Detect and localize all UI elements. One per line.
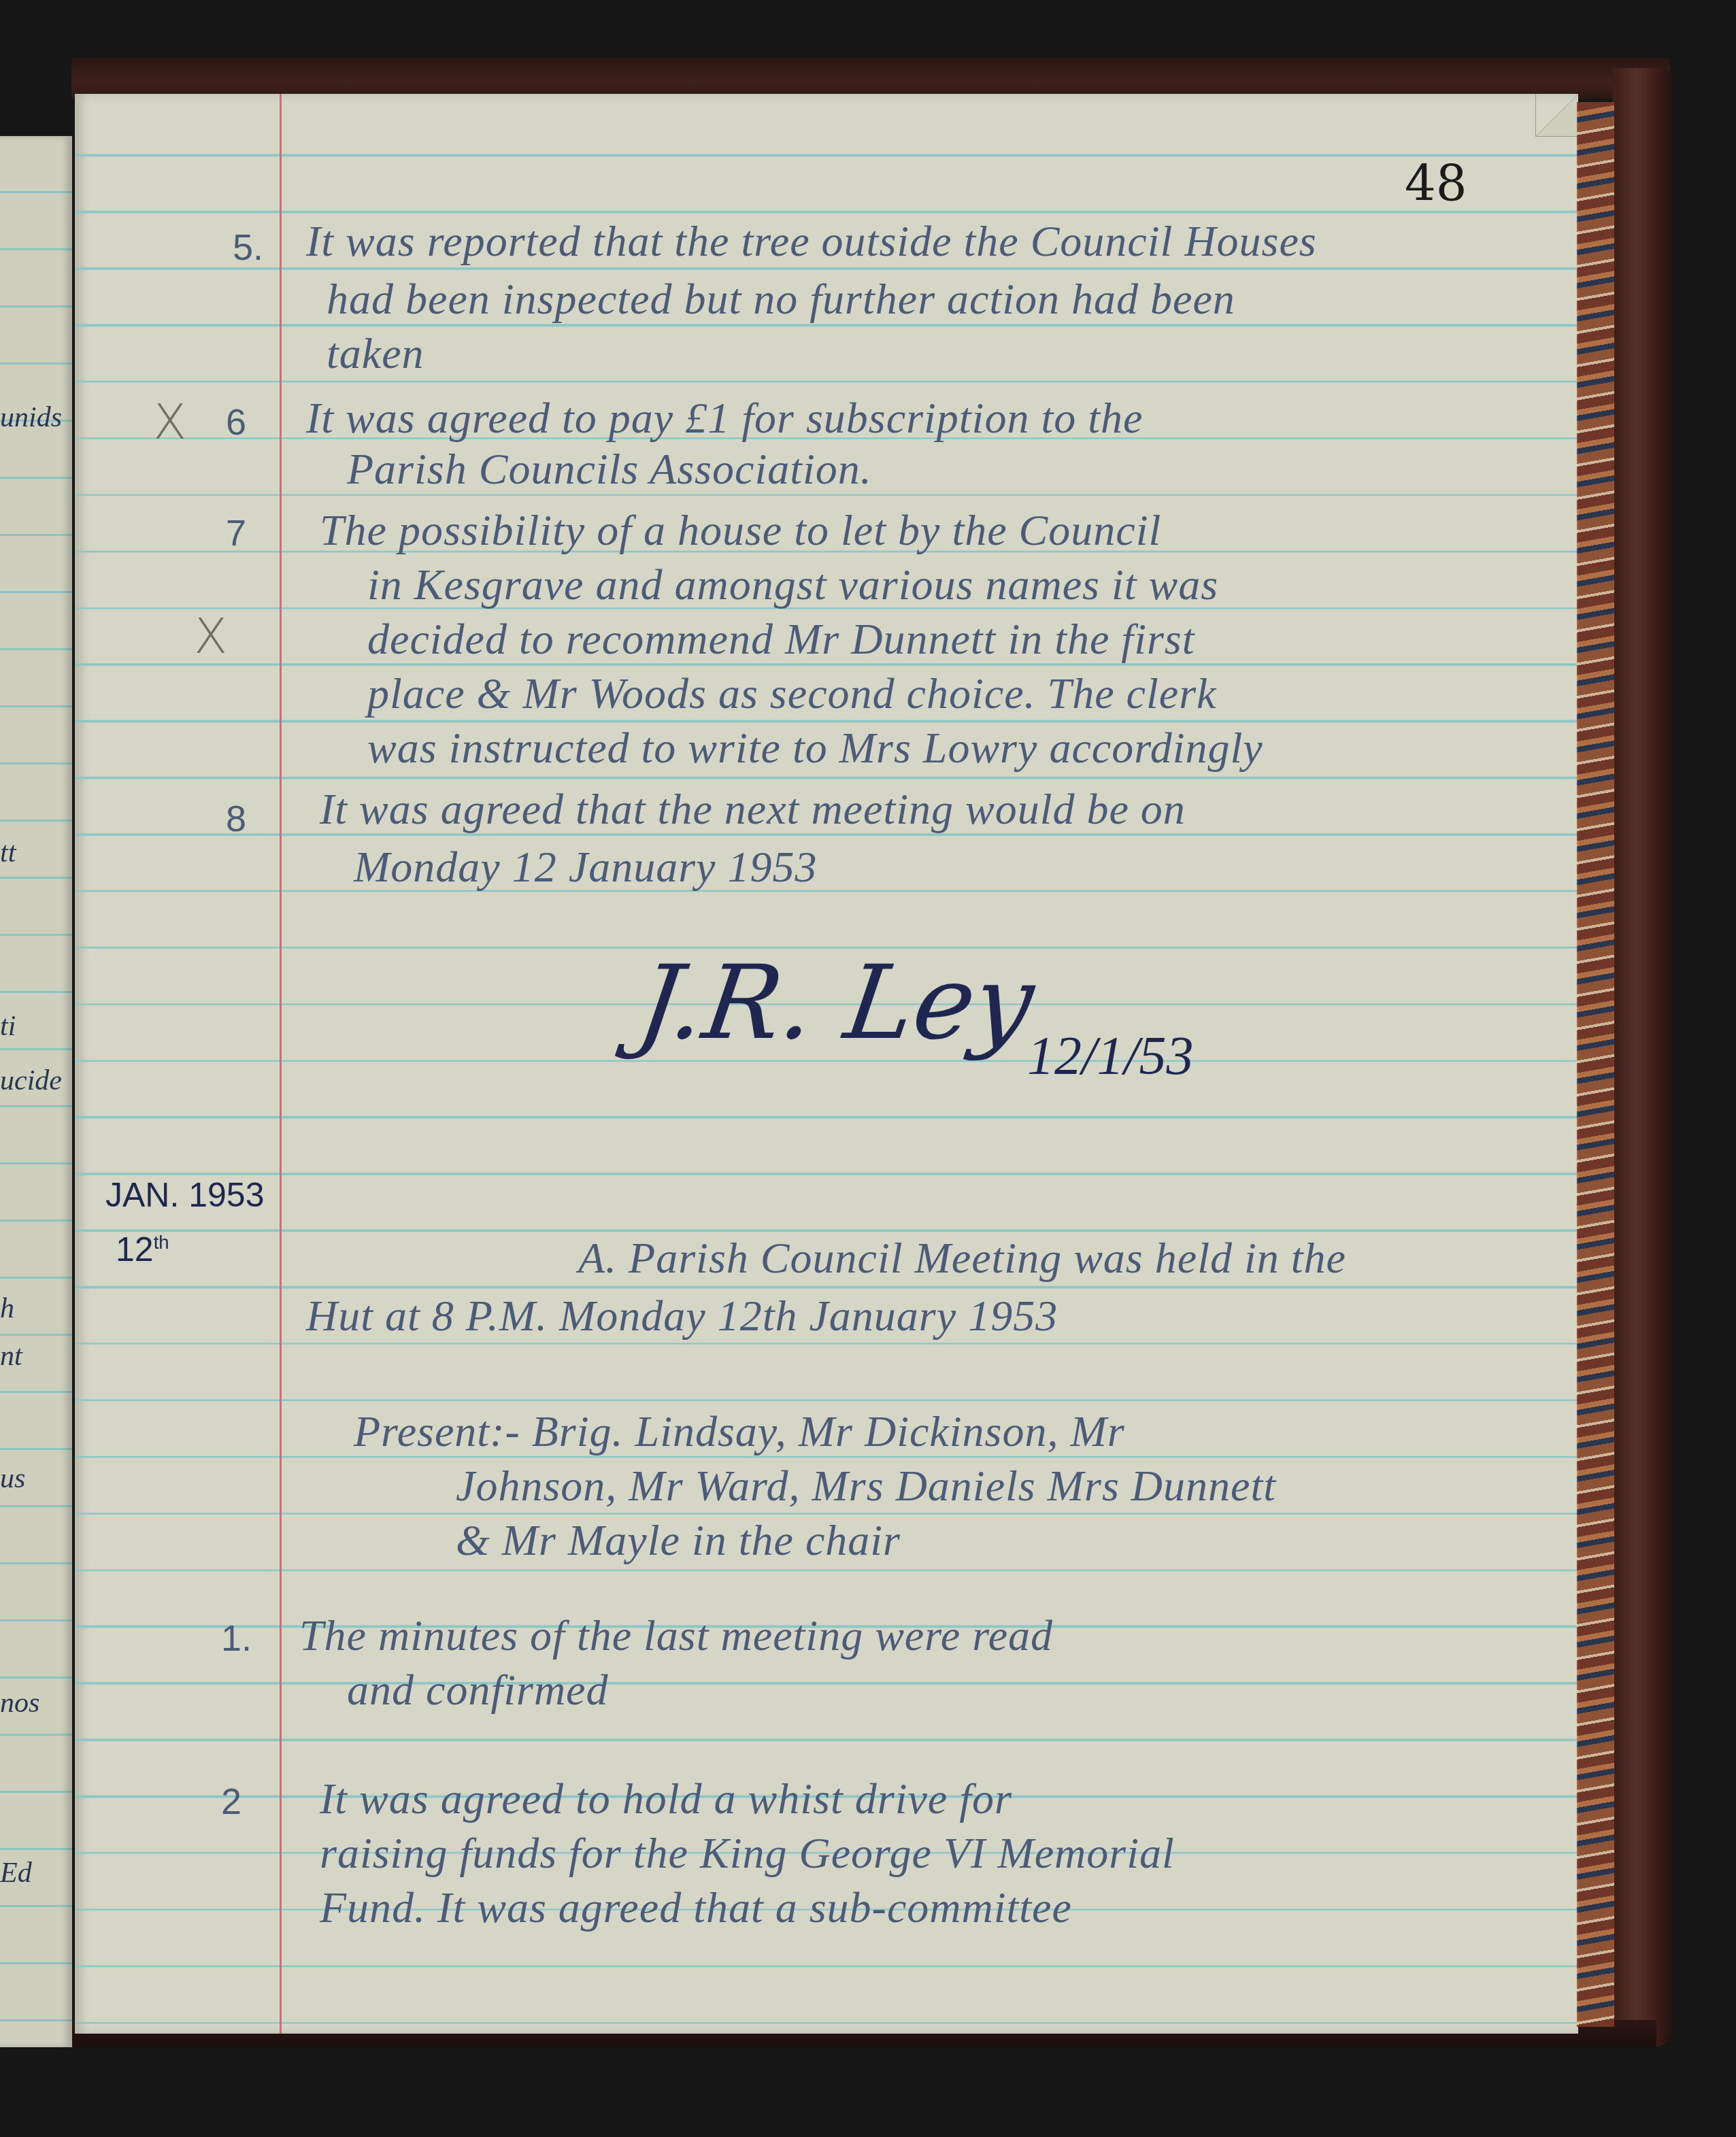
left-page-fragment: ucide [0, 1064, 62, 1097]
item-number: 6 [226, 401, 246, 443]
marbled-page-edge [1577, 102, 1614, 2027]
scanned-minute-book: unids tt ti ucide h nt us nos Ed 48 5. I… [0, 0, 1736, 2137]
item-number: 2 [221, 1781, 241, 1823]
left-page-fragment: h [0, 1292, 14, 1325]
item-number: 1. [221, 1617, 252, 1660]
item-number: 5. [233, 226, 263, 269]
left-page-fragment: Ed [0, 1857, 32, 1889]
ruled-lines [75, 94, 1578, 2034]
minute-item-5-line: had been inspected but no further action… [327, 271, 1235, 327]
new-minute-item-1-line: The minutes of the last meeting were rea… [299, 1607, 1053, 1664]
margin-meeting-date: JAN. 1953 [105, 1175, 264, 1215]
pencil-x-mark: X [194, 607, 227, 664]
left-facing-page: unids tt ti ucide h nt us nos Ed [0, 136, 72, 2047]
page-number: 48 [1405, 155, 1467, 212]
minute-item-8-line: Monday 12 January 1953 [354, 839, 817, 895]
margin-day-suffix: th [154, 1232, 169, 1253]
attendees-line: Present:- Brig. Lindsay, Mr Dickinson, M… [354, 1403, 1125, 1460]
left-page-fragment: ti [0, 1010, 16, 1043]
minute-item-7-line: in Kesgrave and amongst various names it… [367, 556, 1218, 613]
item-number: 8 [226, 798, 246, 840]
book-cover-top-edge [71, 58, 1670, 99]
minute-item-7-line: was instructed to write to Mrs Lowry acc… [367, 720, 1263, 776]
minute-item-5-line: taken [327, 325, 424, 382]
meeting-heading-line: A. Parish Council Meeting was held in th… [578, 1230, 1346, 1286]
meeting-heading-line: Hut at 8 P.M. Monday 12th January 1953 [306, 1288, 1058, 1344]
minute-item-7-line: decided to recommend Mr Dunnett in the f… [367, 611, 1195, 667]
left-page-fragment: nos [0, 1687, 39, 1719]
new-minute-item-2-line: raising funds for the King George VI Mem… [320, 1825, 1175, 1881]
minute-item-5-line: It was reported that the tree outside th… [306, 213, 1317, 269]
left-page-fragment: nt [0, 1340, 22, 1373]
red-margin-line [280, 94, 282, 2034]
pencil-x-mark: X [153, 393, 186, 450]
new-minute-item-2-line: It was agreed to hold a whist drive for [320, 1770, 1012, 1827]
margin-meeting-day: 12th [116, 1230, 169, 1269]
minute-item-7-line: place & Mr Woods as second choice. The c… [367, 665, 1216, 722]
attendees-line: Johnson, Mr Ward, Mrs Daniels Mrs Dunnet… [456, 1458, 1276, 1514]
item-number: 7 [226, 512, 246, 554]
book-cover-right-edge [1612, 68, 1673, 2047]
new-minute-item-2-line: Fund. It was agreed that a sub-committee [320, 1879, 1072, 1936]
attendees-line: & Mr Mayle in the chair [456, 1512, 901, 1568]
minute-book-page: 48 5. It was reported that the tree outs… [75, 94, 1578, 2034]
chairman-signature: J.R. Ley [631, 944, 1041, 1062]
left-page-fragment: us [0, 1462, 25, 1495]
minute-item-7-line: The possibility of a house to let by the… [320, 502, 1161, 558]
minute-item-8-line: It was agreed that the next meeting woul… [320, 781, 1186, 837]
margin-day-number: 12 [116, 1230, 154, 1268]
signature-date: 12/1/53 [1027, 1026, 1193, 1088]
minute-item-6-line: It was agreed to pay £1 for subscription… [306, 390, 1143, 446]
minute-item-6-line: Parish Councils Association. [347, 441, 872, 497]
left-page-fragment: tt [0, 837, 16, 869]
new-minute-item-1-line: and confirmed [347, 1662, 609, 1718]
page-corner-fold [1535, 94, 1578, 137]
left-page-fragment: unids [0, 401, 62, 434]
